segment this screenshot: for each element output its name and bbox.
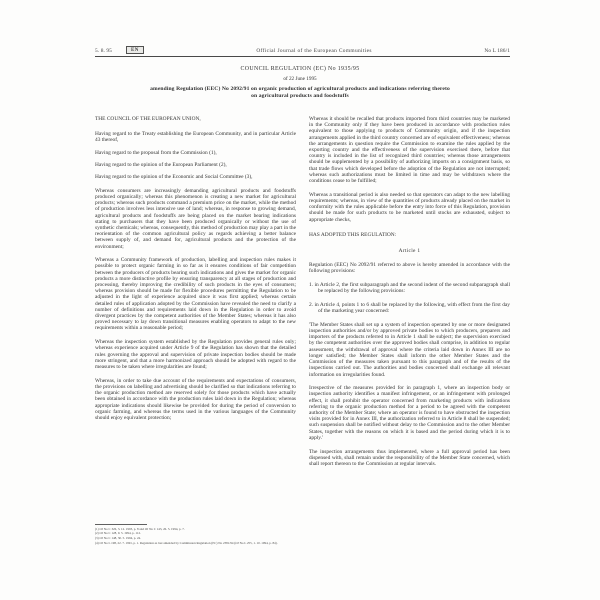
quoted-provision: Irrespective of the measures provided fo…: [309, 385, 510, 441]
closing-paragraph: The inspection arrangements thus impleme…: [309, 449, 510, 468]
header-rule: [95, 56, 510, 57]
citation: Having regard to the opinion of the Euro…: [95, 162, 296, 168]
amendment-item: 2. in Article 4, points 1 to 6 shall be …: [309, 302, 510, 314]
preamble-opening: THE COUNCIL OF THE EUROPEAN UNION,: [95, 116, 296, 122]
recital: Whereas a Community framework of product…: [95, 257, 296, 331]
enacting-formula: HAS ADOPTED THIS REGULATION:: [309, 232, 510, 238]
footnote: (2) OJ No C 128, 9. 5. 1994, p. 112.: [95, 531, 297, 535]
language-code-box: EN: [126, 46, 144, 54]
act-date: of 22 June 1995: [0, 76, 600, 82]
act-title: COUNCIL REGULATION (EC) No 1935/95: [0, 66, 600, 72]
right-column: Whereas it should be recalled that produ…: [309, 116, 510, 566]
article-heading: Article 1: [309, 248, 510, 254]
footnote: (3) OJ No C 148, 30. 5. 1994, p. 24.: [95, 536, 297, 540]
title-block: COUNCIL REGULATION (EC) No 1935/95 of 22…: [0, 66, 600, 100]
recital: Whereas a transitional period is also ne…: [309, 192, 510, 223]
citation: Having regard to the proposal from the C…: [95, 150, 296, 156]
act-subject: amending Regulation (EEC) No 2092/91 on …: [150, 86, 450, 100]
header-page-number: No L 186/1: [484, 48, 510, 54]
recital: Whereas, in order to take due account of…: [95, 378, 296, 421]
recital: Whereas consumers are increasingly deman…: [95, 188, 296, 250]
quoted-provision: 'The Member States shall set up a system…: [309, 322, 510, 378]
header-date: 5. 8. 95: [95, 48, 112, 54]
article-intro: Regulation (EEC) No 2092/91 referred to …: [309, 262, 510, 274]
left-column: THE COUNCIL OF THE EUROPEAN UNION, Havin…: [95, 116, 296, 566]
footnotes: (1) OJ No C 326, 3. 12. 1993, p. 8 and O…: [95, 524, 297, 545]
amendment-item: 1. in Article 2, the first subparagraph …: [309, 282, 510, 294]
footnote: (4) OJ No L 198, 22. 7. 1991, p. 1. Regu…: [95, 541, 297, 545]
running-head: 5. 8. 95 EN Official Journal of the Euro…: [95, 43, 510, 54]
citation: Having regard to the opinion of the Econ…: [95, 174, 296, 180]
recital: Whereas it should be recalled that produ…: [309, 116, 510, 184]
footnote-rule: [95, 524, 147, 525]
journal-title: Official Journal of the European Communi…: [144, 48, 485, 54]
recital: Whereas the inspection system establishe…: [95, 339, 296, 370]
footnote: (1) OJ No C 326, 3. 12. 1993, p. 8 and O…: [95, 527, 297, 531]
citation: Having regard to the Treaty establishing…: [95, 131, 296, 143]
scanned-document-page: 5. 8. 95 EN Official Journal of the Euro…: [0, 0, 600, 600]
